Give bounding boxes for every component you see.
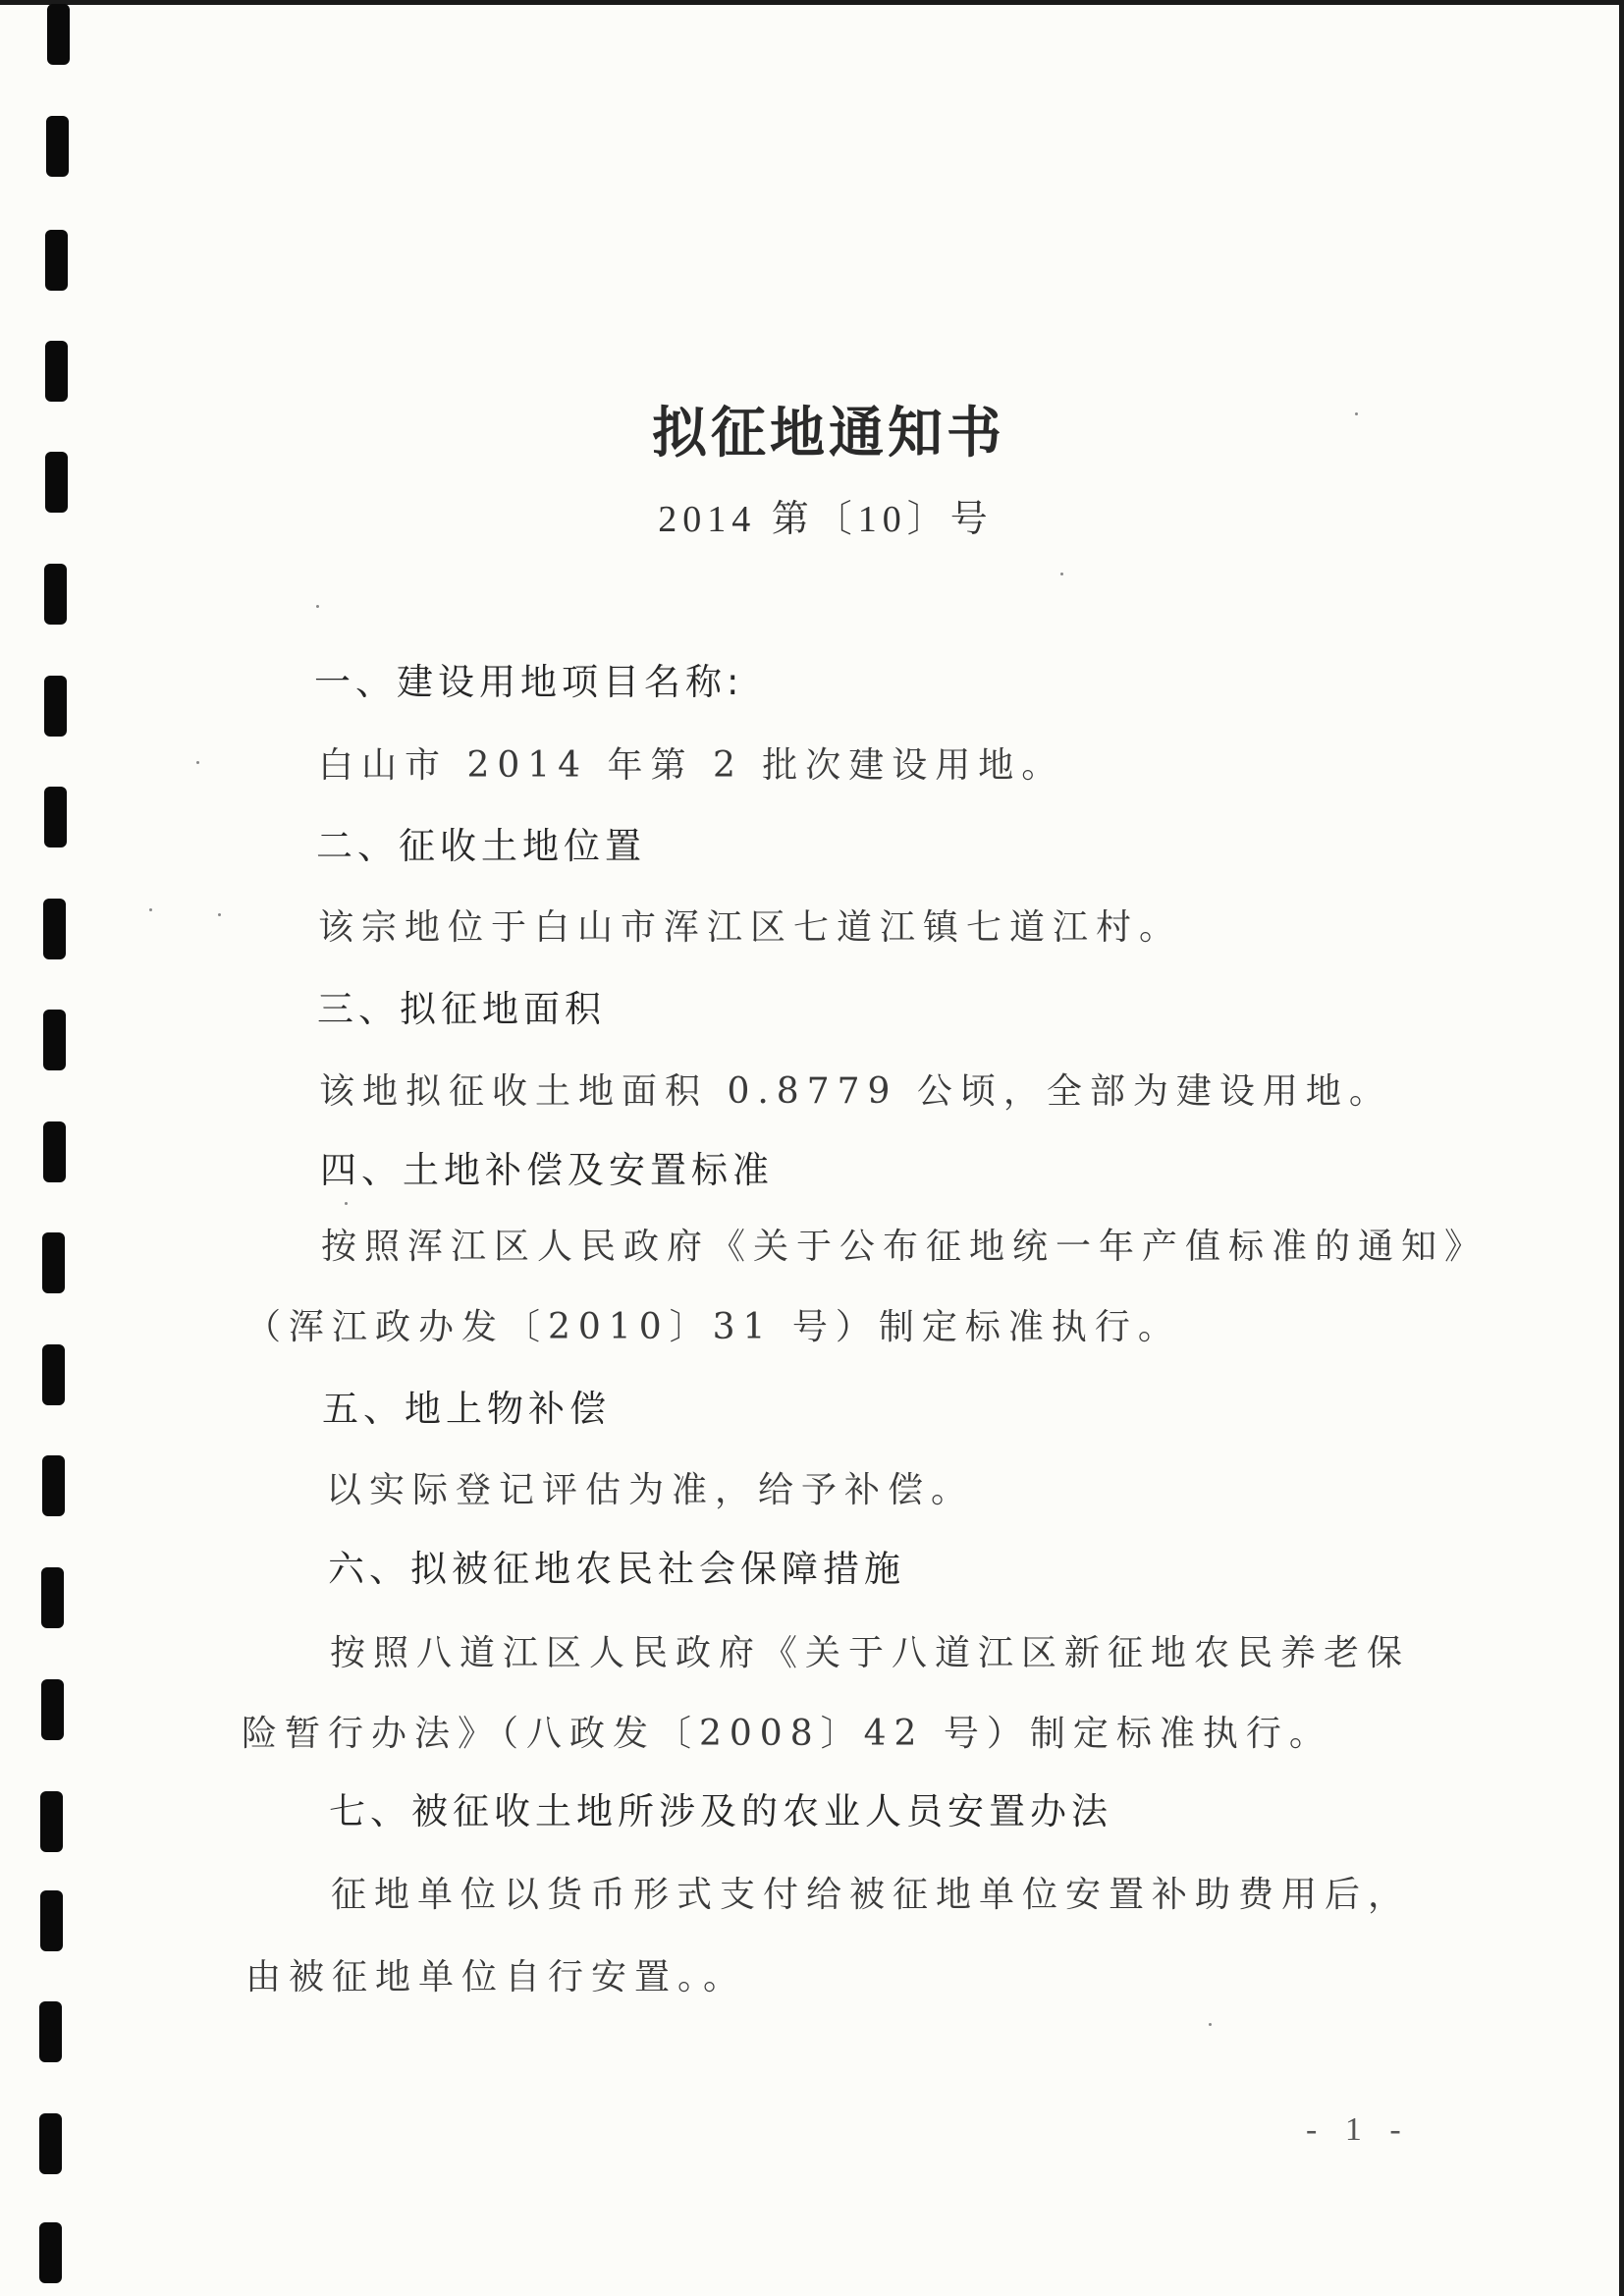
scan-speck: [1209, 2023, 1212, 2026]
section-1-heading: 一、建设用地项目名称:: [314, 659, 743, 706]
binding-hole: [41, 1679, 64, 1740]
binding-hole: [42, 1232, 65, 1293]
section-4-text-line-2: （浑江政办发〔2010〕31 号）制定标准执行。: [245, 1304, 1181, 1351]
section-5-heading: 五、地上物补偿: [322, 1386, 611, 1433]
scan-right-edge: [1619, 0, 1624, 2296]
section-3-text: 该地拟征收土地面积 0.8779 公顷，全部为建设用地。: [319, 1068, 1392, 1116]
binding-hole: [39, 2001, 62, 2062]
scan-speck: [196, 761, 199, 764]
section-7-text-line-1: 征地单位以货币形式支付给被征地单位安置补助费用后，: [331, 1872, 1411, 1919]
section-6-heading: 六、拟被征地农民社会保障措施: [328, 1546, 905, 1593]
binding-hole: [40, 1890, 63, 1951]
section-5-text: 以实际登记评估为准，给予补偿。: [326, 1467, 974, 1514]
binding-hole: [43, 899, 66, 959]
binding-hole: [44, 676, 67, 737]
scan-speck: [149, 908, 152, 911]
document-title: 拟征地通知书: [0, 401, 1624, 465]
page-number: - 1 -: [1306, 2111, 1411, 2149]
binding-hole: [42, 1344, 65, 1405]
binding-hole: [43, 1121, 66, 1182]
section-1-text: 白山市 2014 年第 2 批次建设用地。: [318, 742, 1064, 790]
section-6-text-line-1: 按照八道江区人民政府《关于八道江区新征地农民养老保: [330, 1630, 1410, 1677]
section-7-text-line-2: 由被征地单位自行安置。。: [245, 1954, 746, 2001]
section-4-heading: 四、土地补偿及安置标准: [320, 1147, 774, 1194]
binding-hole: [41, 1567, 64, 1628]
binding-hole: [45, 341, 68, 402]
binding-hole: [43, 1010, 66, 1070]
section-2-text: 该宗地位于白山市浑江区七道江镇七道江村。: [318, 904, 1182, 952]
section-3-heading: 三、拟征地面积: [317, 986, 606, 1033]
document-number: 2014 第〔10〕号: [0, 497, 1624, 542]
binding-hole: [39, 2222, 62, 2283]
binding-hole: [44, 564, 67, 625]
scan-top-edge: [0, 0, 1624, 5]
binding-hole: [46, 116, 69, 177]
binding-hole: [40, 1791, 63, 1852]
section-6-text-line-2: 险暂行办法》（八政发〔2008〕42 号）制定标准执行。: [242, 1711, 1332, 1758]
scan-speck: [316, 605, 319, 608]
section-2-heading: 二、征收土地位置: [316, 823, 646, 870]
section-4-text-line-1: 按照浑江区人民政府《关于公布征地统一年产值标准的通知》: [321, 1224, 1488, 1271]
scan-speck: [218, 913, 221, 916]
scan-speck: [345, 1202, 348, 1205]
section-7-heading: 七、被征收土地所涉及的农业人员安置办法: [329, 1788, 1112, 1835]
scan-speck: [1060, 573, 1063, 575]
binding-hole: [44, 787, 67, 847]
binding-hole: [39, 2113, 62, 2174]
binding-hole: [47, 4, 70, 65]
binding-hole: [45, 230, 68, 291]
binding-hole: [42, 1455, 65, 1516]
